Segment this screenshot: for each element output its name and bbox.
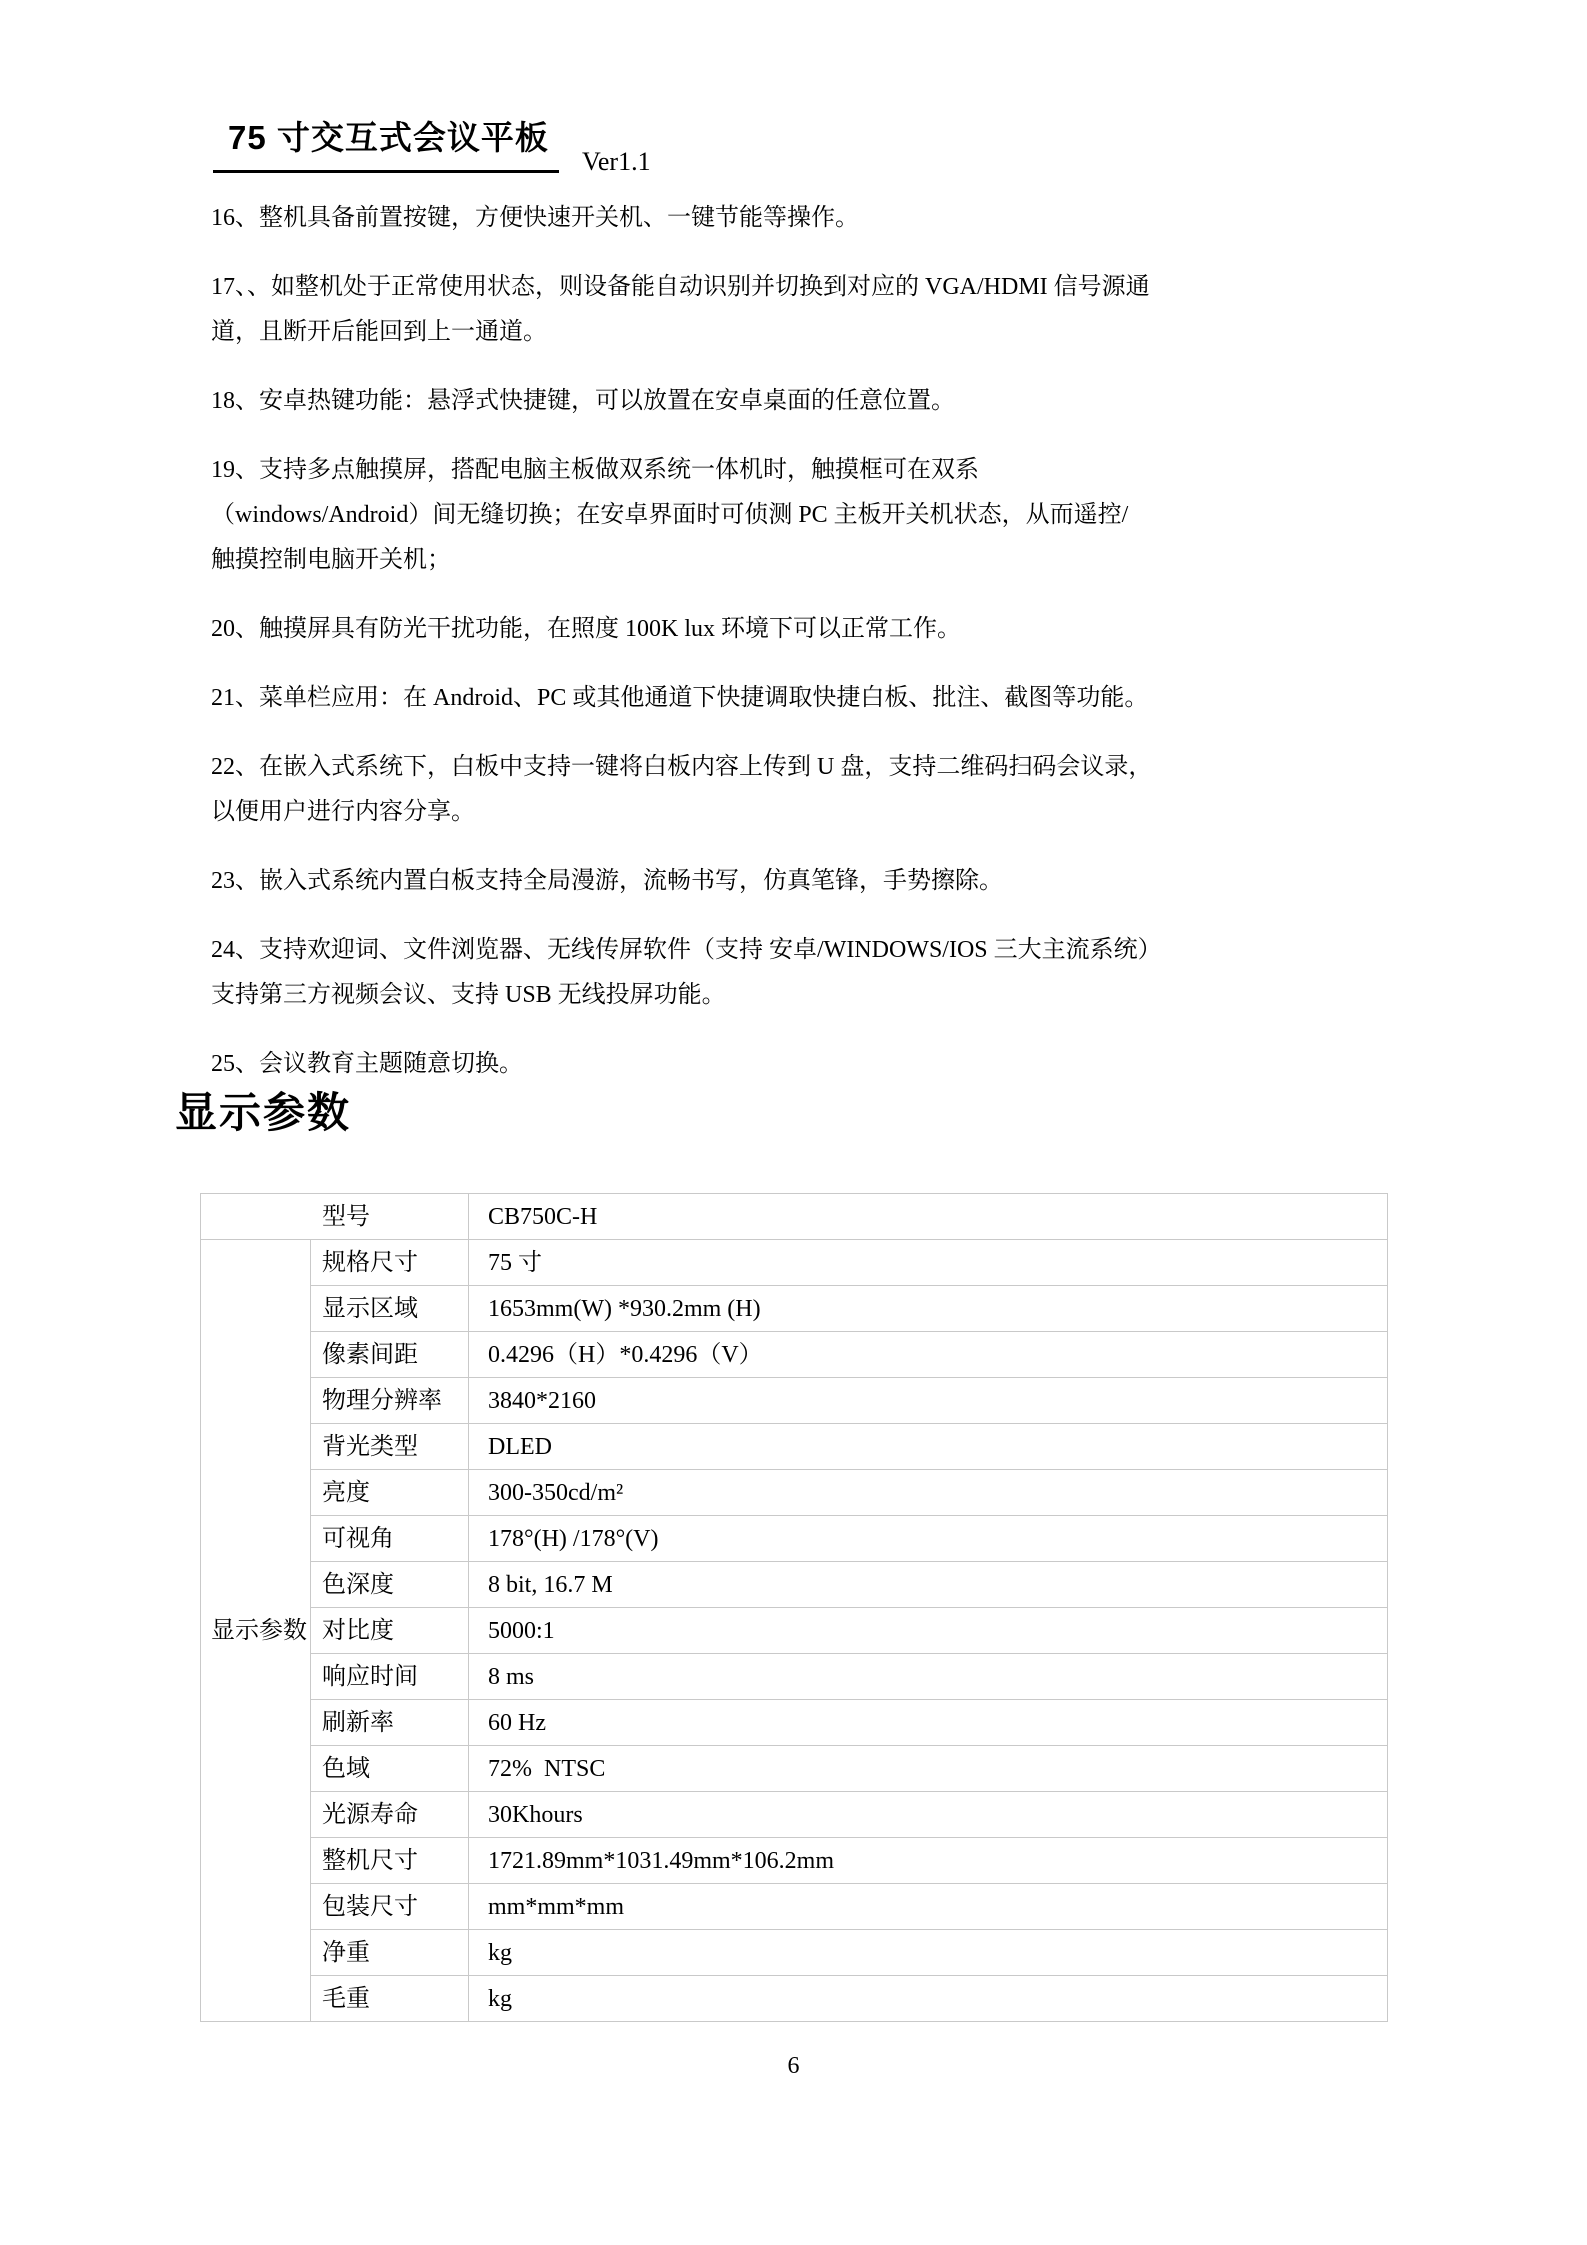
feature-item-22: 22、在嵌入式系统下，白板中支持一键将白板内容上传到 U 盘，支持二维码扫码会议… [211, 745, 1471, 835]
table-row: 可视角 178°(H) /178°(V) [201, 1516, 1388, 1562]
table-row-model: 型号 CB750C-H [201, 1194, 1388, 1240]
param-name-cell: 包装尺寸 [311, 1884, 469, 1930]
feature-item-18: 18、安卓热键功能：悬浮式快捷键，可以放置在安卓桌面的任意位置。 [211, 379, 1471, 424]
page-number: 6 [0, 2052, 1587, 2080]
param-name-cell: 显示区域 [311, 1286, 469, 1332]
param-name-cell: 背光类型 [311, 1424, 469, 1470]
param-name-cell: 刷新率 [311, 1700, 469, 1746]
table-row: 物理分辨率 3840*2160 [201, 1378, 1388, 1424]
param-value-cell: 72% NTSC [469, 1746, 1388, 1792]
feature-item-21: 21、菜单栏应用：在 Android、PC 或其他通道下快捷调取快捷白板、批注、… [211, 676, 1471, 721]
param-name-cell: 色域 [311, 1746, 469, 1792]
param-name-cell: 物理分辨率 [311, 1378, 469, 1424]
param-value-cell: 5000:1 [469, 1608, 1388, 1654]
param-value-cell: 60 Hz [469, 1700, 1388, 1746]
version-label: Ver1.1 [582, 147, 651, 177]
param-value-cell: 1721.89mm*1031.49mm*106.2mm [469, 1838, 1388, 1884]
param-name-cell: 光源寿命 [311, 1792, 469, 1838]
param-name-cell: 可视角 [311, 1516, 469, 1562]
param-value-cell: kg [469, 1930, 1388, 1976]
spec-table: 型号 CB750C-H 显示参数 规格尺寸 75 寸 显示区域 1653mm(W… [200, 1193, 1388, 2022]
param-name-cell: 对比度 [311, 1608, 469, 1654]
param-value-cell: kg [469, 1976, 1388, 2022]
section-heading: 显示参数 [175, 1088, 351, 1138]
table-row: 包装尺寸 mm*mm*mm [201, 1884, 1388, 1930]
param-value-cell: 30Khours [469, 1792, 1388, 1838]
feature-item-17: 17、、如整机处于正常使用状态，则设备能自动识别并切换到对应的 VGA/HDMI… [211, 265, 1471, 355]
param-name-cell: 整机尺寸 [311, 1838, 469, 1884]
param-value-cell: 178°(H) /178°(V) [469, 1516, 1388, 1562]
param-value-cell: 3840*2160 [469, 1378, 1388, 1424]
param-value-cell: 1653mm(W) *930.2mm (H) [469, 1286, 1388, 1332]
param-value-cell: 8 bit, 16.7 M [469, 1562, 1388, 1608]
param-value-cell: 0.4296（H）*0.4296（V） [469, 1332, 1388, 1378]
document-page: 75 寸交互式会议平板 Ver1.1 16、整机具备前置按键，方便快速开关机、一… [0, 0, 1587, 2245]
doc-title-block: 75 寸交互式会议平板 [213, 118, 559, 173]
table-row: 像素间距 0.4296（H）*0.4296（V） [201, 1332, 1388, 1378]
table-row: 光源寿命 30Khours [201, 1792, 1388, 1838]
model-value-cell: CB750C-H [469, 1194, 1388, 1240]
param-name-cell: 净重 [311, 1930, 469, 1976]
table-row: 显示区域 1653mm(W) *930.2mm (H) [201, 1286, 1388, 1332]
table-row: 毛重 kg [201, 1976, 1388, 2022]
table-row: 响应时间 8 ms [201, 1654, 1388, 1700]
param-name-cell: 毛重 [311, 1976, 469, 2022]
doc-title: 75 寸交互式会议平板 [228, 118, 549, 158]
feature-item-24: 24、支持欢迎词、文件浏览器、无线传屏软件（支持 安卓/WINDOWS/IOS … [211, 928, 1471, 1018]
table-row: 色深度 8 bit, 16.7 M [201, 1562, 1388, 1608]
param-name-cell: 规格尺寸 [311, 1240, 469, 1286]
param-name-cell: 亮度 [311, 1470, 469, 1516]
param-value-cell: 300-350cd/m² [469, 1470, 1388, 1516]
table-row: 背光类型 DLED [201, 1424, 1388, 1470]
table-row: 净重 kg [201, 1930, 1388, 1976]
table-row: 显示参数 规格尺寸 75 寸 [201, 1240, 1388, 1286]
param-name-cell: 像素间距 [311, 1332, 469, 1378]
param-value-cell: DLED [469, 1424, 1388, 1470]
feature-list: 16、整机具备前置按键，方便快速开关机、一键节能等操作。 17、、如整机处于正常… [211, 196, 1471, 1111]
param-value-cell: 75 寸 [469, 1240, 1388, 1286]
table-row: 色域 72% NTSC [201, 1746, 1388, 1792]
param-value-cell: 8 ms [469, 1654, 1388, 1700]
feature-item-20: 20、触摸屏具有防光干扰功能，在照度 100K lux 环境下可以正常工作。 [211, 607, 1471, 652]
table-row: 整机尺寸 1721.89mm*1031.49mm*106.2mm [201, 1838, 1388, 1884]
feature-item-23: 23、嵌入式系统内置白板支持全局漫游，流畅书写，仿真笔锋，手势擦除。 [211, 859, 1471, 904]
feature-item-25: 25、会议教育主题随意切换。 [211, 1042, 1471, 1087]
param-value-cell: mm*mm*mm [469, 1884, 1388, 1930]
model-label-cell: 型号 [201, 1194, 469, 1240]
table-row: 刷新率 60 Hz [201, 1700, 1388, 1746]
group-label-cell: 显示参数 [201, 1240, 311, 2022]
param-name-cell: 色深度 [311, 1562, 469, 1608]
param-name-cell: 响应时间 [311, 1654, 469, 1700]
feature-item-19: 19、支持多点触摸屏，搭配电脑主板做双系统一体机时，触摸框可在双系 （windo… [211, 448, 1471, 583]
table-row: 亮度 300-350cd/m² [201, 1470, 1388, 1516]
feature-item-16: 16、整机具备前置按键，方便快速开关机、一键节能等操作。 [211, 196, 1471, 241]
table-row: 对比度 5000:1 [201, 1608, 1388, 1654]
